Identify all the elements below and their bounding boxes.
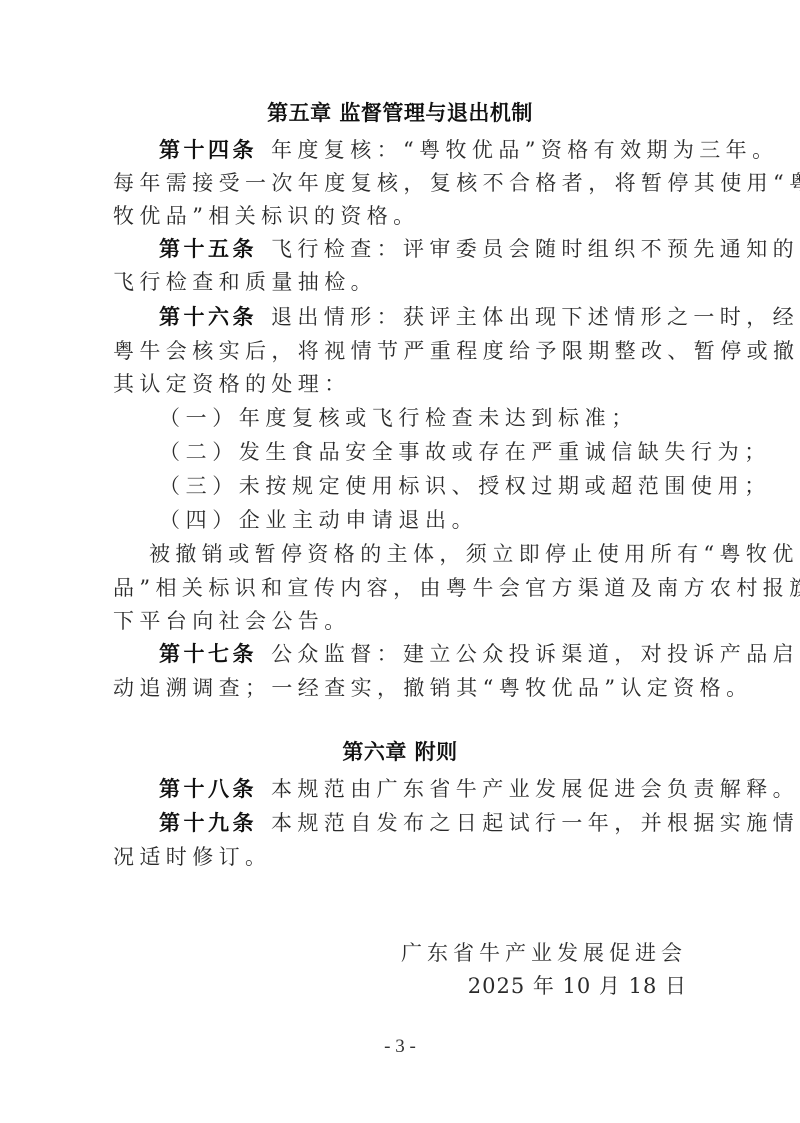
article-18: 第十八条本规范由广东省牛产业发展促进会负责解释。: [159, 772, 739, 806]
article-16-para-line-3: 下平台向社会公告。: [113, 604, 693, 638]
article-14: 第十四条年度复核：“粤牧优品”资格有效期为三年。: [159, 133, 739, 167]
article-16-item-1: （一）年度复核或飞行检查未达到标准；: [159, 401, 739, 435]
article-16: 第十六条退出情形：获评主体出现下述情形之一时，经: [159, 300, 739, 334]
article-14-line-2: 每年需接受一次年度复核，复核不合格者，将暂停其使用“粤: [113, 166, 693, 200]
article-16-text: 退出情形：获评主体出现下述情形之一时，经: [271, 305, 799, 329]
article-17-line-2: 动追溯调查；一经查实，撤销其“粤牧优品”认定资格。: [113, 671, 693, 705]
signature-organization: 广东省牛产业发展促进会: [401, 936, 687, 970]
article-15-text: 飞行检查：评审委员会随时组织不预先通知的: [271, 237, 799, 261]
article-18-text: 本规范由广东省牛产业发展促进会负责解释。: [271, 777, 799, 801]
document-page: 第五章 监督管理与退出机制 第十四条年度复核：“粤牧优品”资格有效期为三年。 每…: [0, 0, 800, 1123]
article-16-label: 第十六条: [159, 304, 257, 329]
article-19-line-2: 况适时修订。: [113, 840, 693, 874]
article-15-line-2: 飞行检查和质量抽检。: [113, 265, 693, 299]
chapter-5-title: 第五章 监督管理与退出机制: [0, 96, 800, 130]
article-14-text: 年度复核：“粤牧优品”资格有效期为三年。: [271, 138, 778, 162]
article-16-item-3: （三）未按规定使用标识、授权过期或超范围使用；: [159, 469, 739, 503]
article-19-label: 第十九条: [159, 810, 257, 835]
article-15: 第十五条飞行检查：评审委员会随时组织不预先通知的: [159, 232, 739, 266]
page-number: - 3 -: [0, 1036, 800, 1058]
chapter-6-title: 第六章 附则: [0, 735, 800, 769]
article-19: 第十九条本规范自发布之日起试行一年，并根据实施情: [159, 806, 739, 840]
article-16-line-3: 其认定资格的处理：: [113, 367, 693, 401]
article-17: 第十七条公众监督：建立公众投诉渠道，对投诉产品启: [159, 637, 739, 671]
article-16-item-4: （四）企业主动申请退出。: [159, 503, 739, 537]
article-18-label: 第十八条: [159, 776, 257, 801]
article-16-line-2: 粤牛会核实后，将视情节严重程度给予限期整改、暂停或撤销: [113, 334, 693, 368]
article-17-label: 第十七条: [159, 641, 257, 666]
article-16-para-line-2: 品”相关标识和宣传内容，由粤牛会官方渠道及南方农村报旗: [113, 571, 693, 605]
article-17-text: 公众监督：建立公众投诉渠道，对投诉产品启: [271, 642, 799, 666]
signature-date: 2025 年 10 月 18 日: [468, 969, 687, 1003]
article-14-label: 第十四条: [159, 137, 257, 162]
article-14-line-3: 牧优品”相关标识的资格。: [113, 199, 693, 233]
article-16-para-line-1: 被撤销或暂停资格的主体，须立即停止使用所有“粤牧优: [149, 537, 729, 571]
article-16-item-2: （二）发生食品安全事故或存在严重诚信缺失行为；: [159, 435, 739, 469]
article-19-text: 本规范自发布之日起试行一年，并根据实施情: [271, 811, 799, 835]
article-15-label: 第十五条: [159, 236, 257, 261]
